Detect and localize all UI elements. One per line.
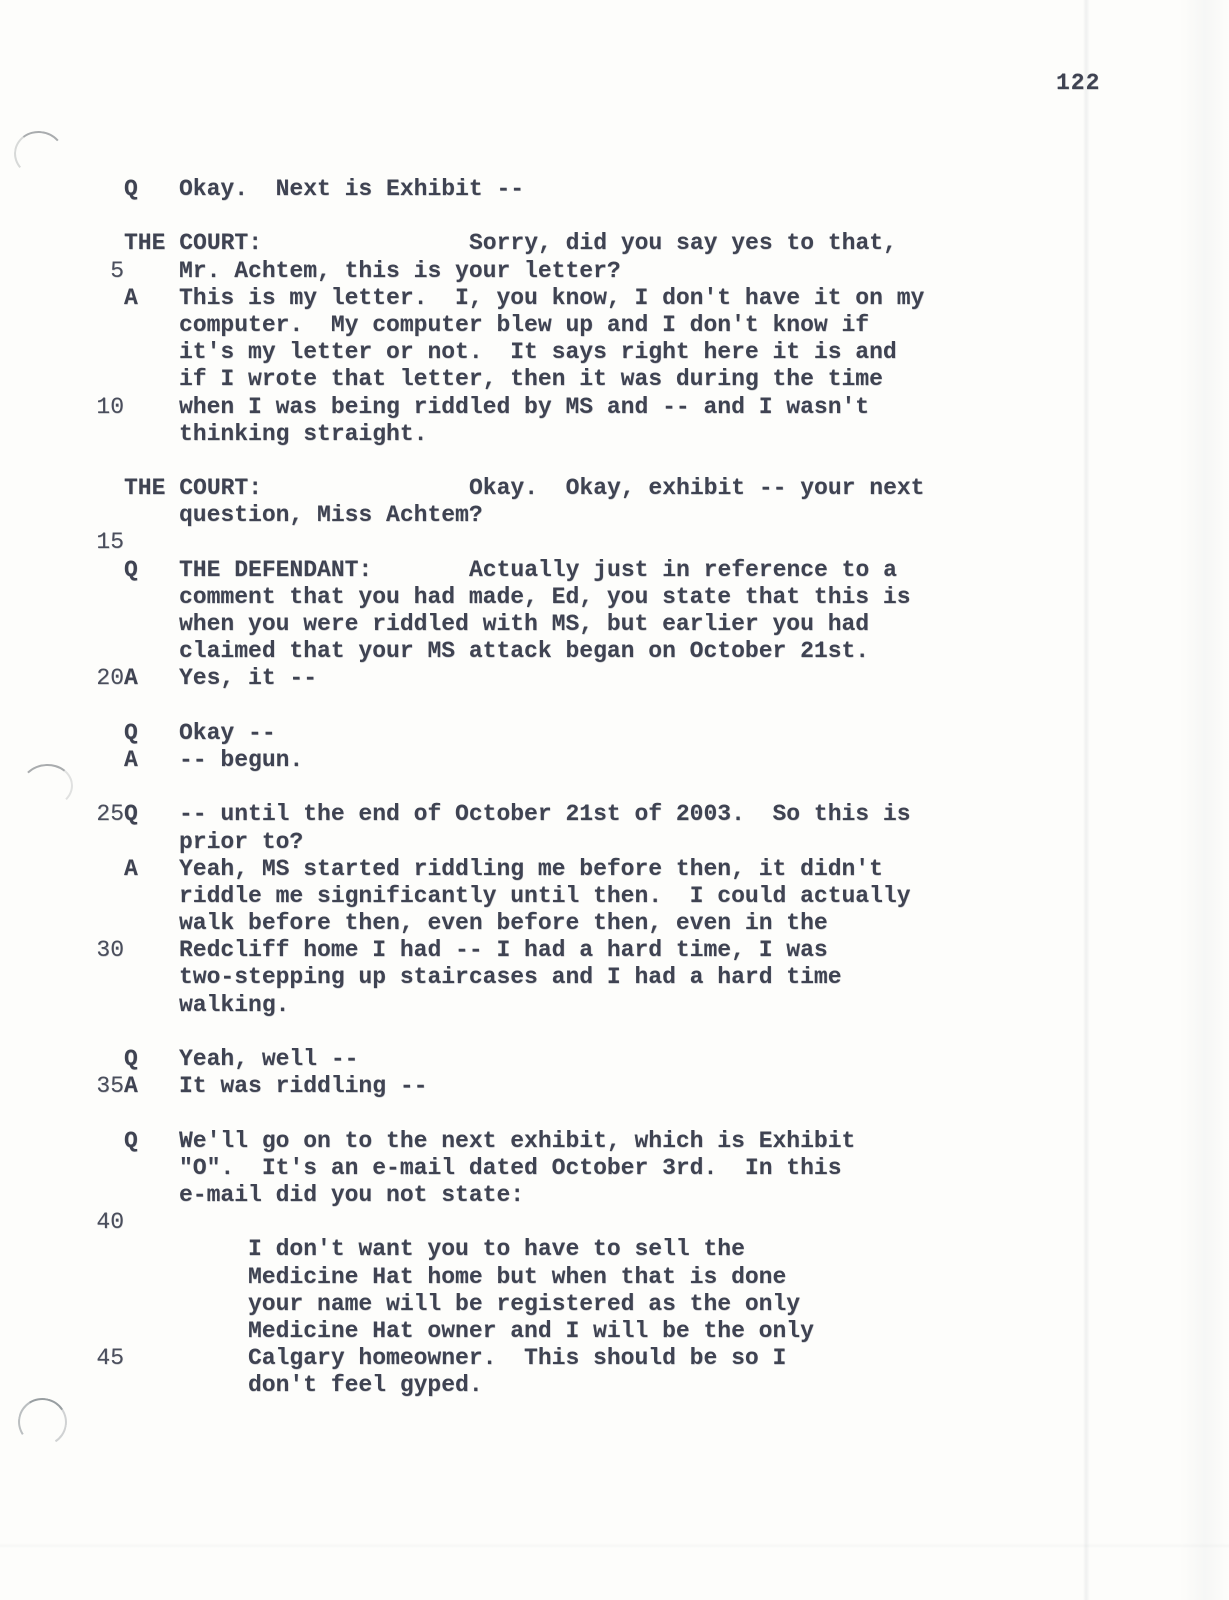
transcript-line: two-stepping up staircases and I had a h… [96,964,1136,991]
speaker-label: THE COURT: [124,230,262,257]
transcript-line: prior to? [96,829,1136,856]
speaker-label: THE DEFENDANT: [179,557,372,584]
line-text: it's my letter or not. It says right her… [179,339,897,366]
line-text: "O". It's an e-mail dated October 3rd. I… [179,1155,842,1182]
transcript-line: riddle me significantly until then. I co… [96,883,1136,910]
line-text: Medicine Hat home but when that is done [248,1264,786,1291]
qa-marker: Q [124,1128,138,1155]
transcript-line: don't feel gyped. [96,1372,1136,1399]
transcript-line: computer. My computer blew up and I don'… [96,312,1136,339]
line-text: thinking straight. [179,421,427,448]
transcript-blank-line [96,448,1136,475]
line-text: Okay. Okay, exhibit -- your next [469,475,924,502]
line-text: walk before then, even before then, even… [179,910,828,937]
line-text: when I was being riddled by MS and -- an… [179,394,869,421]
transcript-line: comment that you had made, Ed, you state… [96,584,1136,611]
line-text: prior to? [179,829,303,856]
transcript-line: 30Redcliff home I had -- I had a hard ti… [96,937,1136,964]
line-text: comment that you had made, Ed, you state… [179,584,911,611]
line-text: Sorry, did you say yes to that, [469,230,897,257]
line-text: when you were riddled with MS, but earli… [179,611,869,638]
line-text: claimed that your MS attack began on Oct… [179,638,869,665]
transcript-line: it's my letter or not. It says right her… [96,339,1136,366]
transcript-page: 122 QOkay. Next is Exhibit --THE COURT:S… [0,0,1229,1600]
line-number: 10 [96,394,124,421]
transcript-line: question, Miss Achtem? [96,502,1136,529]
line-text: question, Miss Achtem? [179,502,483,529]
transcript-line: 45Calgary homeowner. This should be so I [96,1345,1136,1372]
transcript-line: A-- begun. [96,747,1136,774]
qa-marker: A [124,747,138,774]
qa-marker: Q [124,557,138,584]
line-number: 45 [96,1345,124,1372]
line-text: your name will be registered as the only [248,1291,800,1318]
transcript-line: QOkay. Next is Exhibit -- [96,176,1136,203]
speaker-label: THE COURT: [124,475,262,502]
transcript-blank-line [96,774,1136,801]
qa-marker: Q [124,720,138,747]
hole-punch-bottom [14,1393,72,1450]
line-text: walking. [179,992,289,1019]
transcript-line: Medicine Hat home but when that is done [96,1264,1136,1291]
line-text: don't feel gyped. [248,1372,483,1399]
transcript-line: I don't want you to have to sell the [96,1236,1136,1263]
line-text: Mr. Achtem, this is your letter? [179,258,621,285]
qa-marker: A [124,285,138,312]
transcript-line: THE COURT:Okay. Okay, exhibit -- your ne… [96,475,1136,502]
line-number: 15 [96,529,124,556]
transcript-line: QTHE DEFENDANT:Actually just in referenc… [96,557,1136,584]
line-number: 35 [96,1073,124,1100]
line-text: if I wrote that letter, then it was duri… [179,366,883,393]
line-text: Okay -- [179,720,276,747]
transcript-line: QWe'll go on to the next exhibit, which … [96,1128,1136,1155]
line-text: two-stepping up staircases and I had a h… [179,964,842,991]
transcript: QOkay. Next is Exhibit --THE COURT:Sorry… [96,176,1136,1399]
line-text: We'll go on to the next exhibit, which i… [179,1128,855,1155]
line-text: Calgary homeowner. This should be so I [248,1345,786,1372]
transcript-line: if I wrote that letter, then it was duri… [96,366,1136,393]
transcript-blank-line [96,203,1136,230]
line-text: -- begun. [179,747,303,774]
transcript-line: THE COURT:Sorry, did you say yes to that… [96,230,1136,257]
transcript-line: walking. [96,992,1136,1019]
transcript-line: 15 [96,529,1136,556]
hole-punch-middle [20,763,74,810]
line-text: -- until the end of October 21st of 2003… [179,801,911,828]
line-text: Yes, it -- [179,665,317,692]
qa-marker: Q [124,176,138,203]
transcript-blank-line [96,1100,1136,1127]
qa-marker: A [124,856,138,883]
transcript-line: thinking straight. [96,421,1136,448]
qa-marker: A [124,1073,138,1100]
line-text: e-mail did you not state: [179,1182,524,1209]
line-text: Yeah, MS started riddling me before then… [179,856,883,883]
transcript-line: QOkay -- [96,720,1136,747]
page-number: 122 [1056,70,1100,96]
transcript-line: Medicine Hat owner and I will be the onl… [96,1318,1136,1345]
transcript-blank-line [96,693,1136,720]
line-text: Yeah, well -- [179,1046,358,1073]
line-text: Okay. Next is Exhibit -- [179,176,524,203]
line-text: This is my letter. I, you know, I don't … [179,285,924,312]
transcript-line: 20AYes, it -- [96,665,1136,692]
qa-marker: Q [124,1046,138,1073]
line-text: computer. My computer blew up and I don'… [179,312,869,339]
transcript-line: 5Mr. Achtem, this is your letter? [96,258,1136,285]
transcript-line: 35AIt was riddling -- [96,1073,1136,1100]
transcript-line: walk before then, even before then, even… [96,910,1136,937]
transcript-line: your name will be registered as the only [96,1291,1136,1318]
transcript-line: 25Q-- until the end of October 21st of 2… [96,801,1136,828]
transcript-line: AYeah, MS started riddling me before the… [96,856,1136,883]
line-number: 40 [96,1209,124,1236]
line-text: Medicine Hat owner and I will be the onl… [248,1318,814,1345]
transcript-line: e-mail did you not state: [96,1182,1136,1209]
hole-punch-top [12,129,67,180]
line-text: Redcliff home I had -- I had a hard time… [179,937,828,964]
transcript-line: AThis is my letter. I, you know, I don't… [96,285,1136,312]
line-text: riddle me significantly until then. I co… [179,883,911,910]
line-number: 20 [96,665,124,692]
transcript-line: 10when I was being riddled by MS and -- … [96,394,1136,421]
line-number: 30 [96,937,124,964]
line-text: Actually just in reference to a [469,557,897,584]
qa-marker: Q [124,801,138,828]
qa-marker: A [124,665,138,692]
transcript-blank-line [96,1019,1136,1046]
transcript-line: 40 [96,1209,1136,1236]
transcript-line: "O". It's an e-mail dated October 3rd. I… [96,1155,1136,1182]
line-text: It was riddling -- [179,1073,427,1100]
line-number: 25 [96,801,124,828]
line-text: I don't want you to have to sell the [248,1236,745,1263]
transcript-line: claimed that your MS attack began on Oct… [96,638,1136,665]
transcript-line: when you were riddled with MS, but earli… [96,611,1136,638]
line-number: 5 [96,258,124,285]
transcript-line: QYeah, well -- [96,1046,1136,1073]
